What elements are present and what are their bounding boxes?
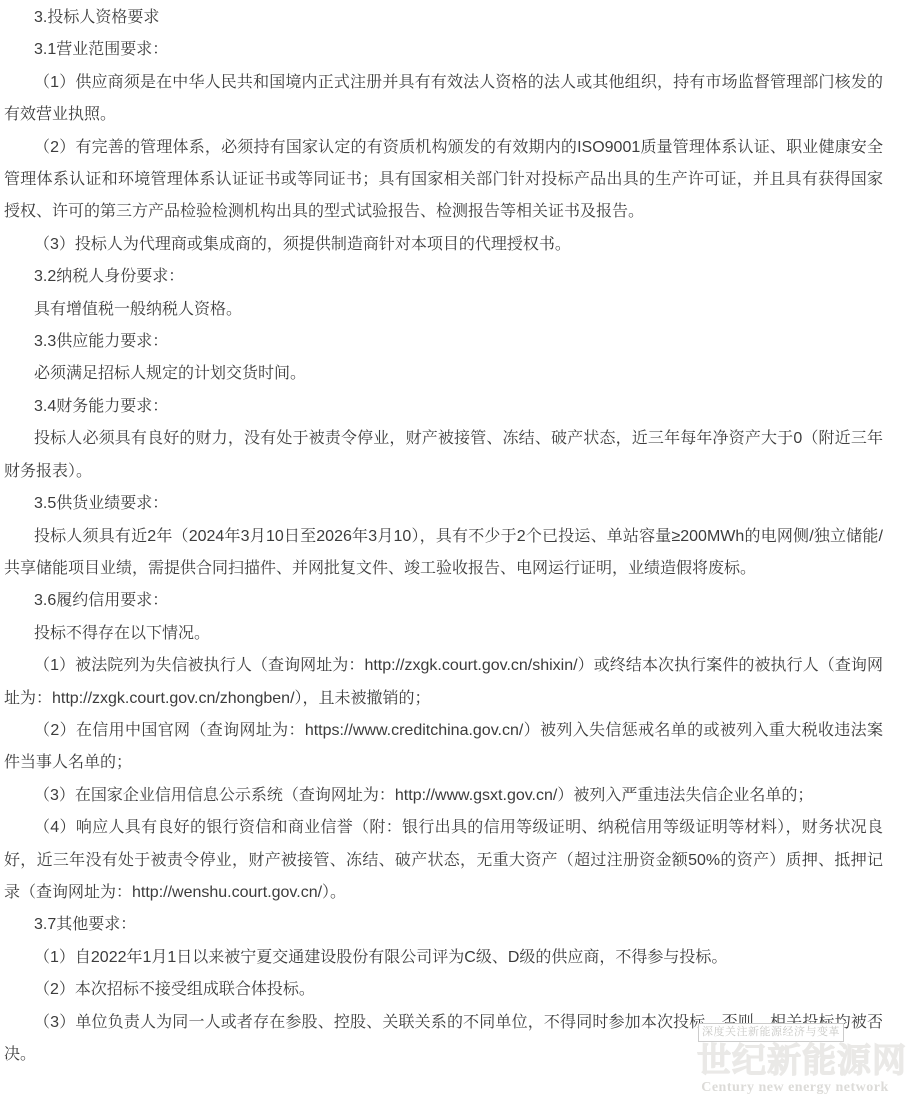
tender-requirements-document: 3.投标人资格要求 3.1营业范围要求： （1）供应商须是在中华人民共和国境内正…	[0, 0, 907, 1071]
heading-supply-performance: 3.5供货业绩要求：	[4, 488, 883, 520]
supply-performance-text: 投标人须具有近2年（2024年3月10日至2026年3月10），具有不少于2个已…	[4, 521, 883, 586]
supply-capacity-text: 必须满足招标人规定的计划交货时间。	[4, 358, 883, 390]
section-heading-bidder-qualification: 3.投标人资格要求	[4, 2, 883, 34]
heading-other-requirements: 3.7其他要求：	[4, 909, 883, 941]
watermark-subtitle: Century new energy network	[697, 1080, 893, 1096]
credit-item-3: （3）在国家企业信用信息公示系统（查询网址为：http://www.gsxt.g…	[4, 780, 883, 812]
heading-supply-capacity: 3.3供应能力要求：	[4, 326, 883, 358]
credit-item-4: （4）响应人具有良好的银行资信和商业信誉（附：银行出具的信用等级证明、纳税信用等…	[4, 812, 883, 909]
heading-taxpayer-status: 3.2纳税人身份要求：	[4, 261, 883, 293]
heading-financial-capacity: 3.4财务能力要求：	[4, 391, 883, 423]
heading-business-scope: 3.1营业范围要求：	[4, 34, 883, 66]
other-item-3: （3）单位负责人为同一人或者存在参股、控股、关联关系的不同单位，不得同时参加本次…	[4, 1007, 883, 1072]
business-scope-item-2: （2）有完善的管理体系，必须持有国家认定的有资质机构颁发的有效期内的ISO900…	[4, 132, 883, 229]
credit-item-1: （1）被法院列为失信被执行人（查询网址为：http://zxgk.court.g…	[4, 650, 883, 715]
taxpayer-status-text: 具有增值税一般纳税人资格。	[4, 294, 883, 326]
financial-capacity-text: 投标人必须具有良好的财力，没有处于被责令停业，财产被接管、冻结、破产状态，近三年…	[4, 423, 883, 488]
credit-item-2: （2）在信用中国官网（查询网址为：https://www.creditchina…	[4, 715, 883, 780]
business-scope-item-1: （1）供应商须是在中华人民共和国境内正式注册并具有有效法人资格的法人或其他组织，…	[4, 67, 883, 132]
business-scope-item-3: （3）投标人为代理商或集成商的，须提供制造商针对本项目的代理授权书。	[4, 229, 883, 261]
other-item-1: （1）自2022年1月1日以来被宁夏交通建设股份有限公司评为C级、D级的供应商，…	[4, 942, 883, 974]
heading-credit-requirement: 3.6履约信用要求：	[4, 585, 883, 617]
credit-requirement-intro: 投标不得存在以下情况。	[4, 618, 883, 650]
other-item-2: （2）本次招标不接受组成联合体投标。	[4, 974, 883, 1006]
